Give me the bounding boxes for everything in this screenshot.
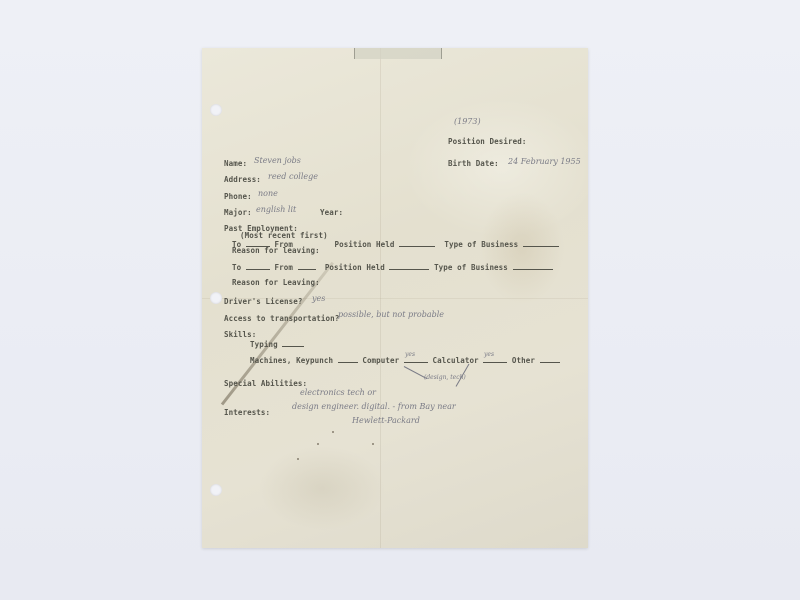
birth-date-value: 24 February 1955	[508, 157, 581, 166]
ink-speck	[372, 443, 374, 445]
typing-row: Typing	[250, 339, 304, 349]
position-field[interactable]	[399, 239, 435, 247]
typing-label: Typing	[250, 340, 278, 349]
drivers-license-label: Driver's License?	[224, 297, 302, 306]
punch-hole	[210, 292, 222, 304]
punch-hole	[210, 104, 222, 116]
from-field[interactable]	[298, 262, 316, 270]
year-label: Year:	[320, 208, 343, 217]
punch-hole	[210, 484, 222, 496]
ink-speck	[317, 443, 319, 445]
phone-value: none	[258, 189, 278, 198]
reason-leaving-2: Reason for Leaving:	[232, 278, 320, 287]
position-desired-label: Position Desired:	[448, 137, 526, 146]
major-value: english lit	[256, 205, 296, 214]
business-field[interactable]	[523, 239, 559, 247]
position-field[interactable]	[389, 262, 429, 270]
name-label: Name:	[224, 159, 247, 168]
computer-label: Computer	[362, 356, 399, 365]
annotation-arrow	[404, 366, 427, 379]
to-field[interactable]	[246, 262, 270, 270]
birth-date-label: Birth Date:	[448, 159, 499, 168]
address-label: Address:	[224, 175, 261, 184]
business-field[interactable]	[513, 262, 553, 270]
from-label: From	[274, 263, 292, 272]
drivers-license-value: yes	[312, 294, 325, 303]
business-label: Type of Business	[434, 263, 508, 272]
interests-value-line2: Hewlett-Packard	[352, 416, 420, 425]
tape-strip	[354, 48, 442, 59]
interests-label: Interests:	[224, 408, 270, 417]
employment-row-2: To From Position Held Type of Business	[232, 262, 553, 272]
special-abilities-value: electronics tech or	[300, 388, 376, 397]
interests-value-line1: design engineer. digital. - from Bay nea…	[292, 402, 456, 411]
to-label: To	[232, 263, 241, 272]
position-label: Position Held	[335, 240, 395, 249]
skills-label: Skills:	[224, 330, 256, 339]
transportation-value: possible, but not probable	[338, 310, 444, 319]
address-value: reed college	[268, 172, 318, 181]
typing-field[interactable]	[282, 339, 304, 347]
calculator-label: Calculator	[433, 356, 479, 365]
name-value: Steven jobs	[254, 156, 301, 165]
position-label: Position Held	[325, 263, 385, 272]
ink-speck	[332, 431, 334, 433]
application-form-paper: (1973) Position Desired: Birth Date: 24 …	[202, 48, 588, 548]
ink-speck	[297, 458, 299, 460]
keypunch-field[interactable]	[338, 355, 358, 363]
major-label: Major:	[224, 208, 252, 217]
calculator-value: yes	[484, 351, 494, 358]
business-label: Type of Business	[444, 240, 518, 249]
special-abilities-label: Special Abilities:	[224, 379, 307, 388]
computer-value: yes	[405, 351, 415, 358]
phone-label: Phone:	[224, 192, 252, 201]
keypunch-label: Machines, Keypunch	[250, 356, 333, 365]
other-field[interactable]	[540, 355, 560, 363]
reason-leaving-1: Reason for leaving:	[232, 246, 320, 255]
photo-background: (1973) Position Desired: Birth Date: 24 …	[0, 0, 800, 600]
year-note: (1973)	[454, 117, 481, 126]
other-label: Other	[512, 356, 535, 365]
transportation-label: Access to transportation?	[224, 314, 339, 323]
